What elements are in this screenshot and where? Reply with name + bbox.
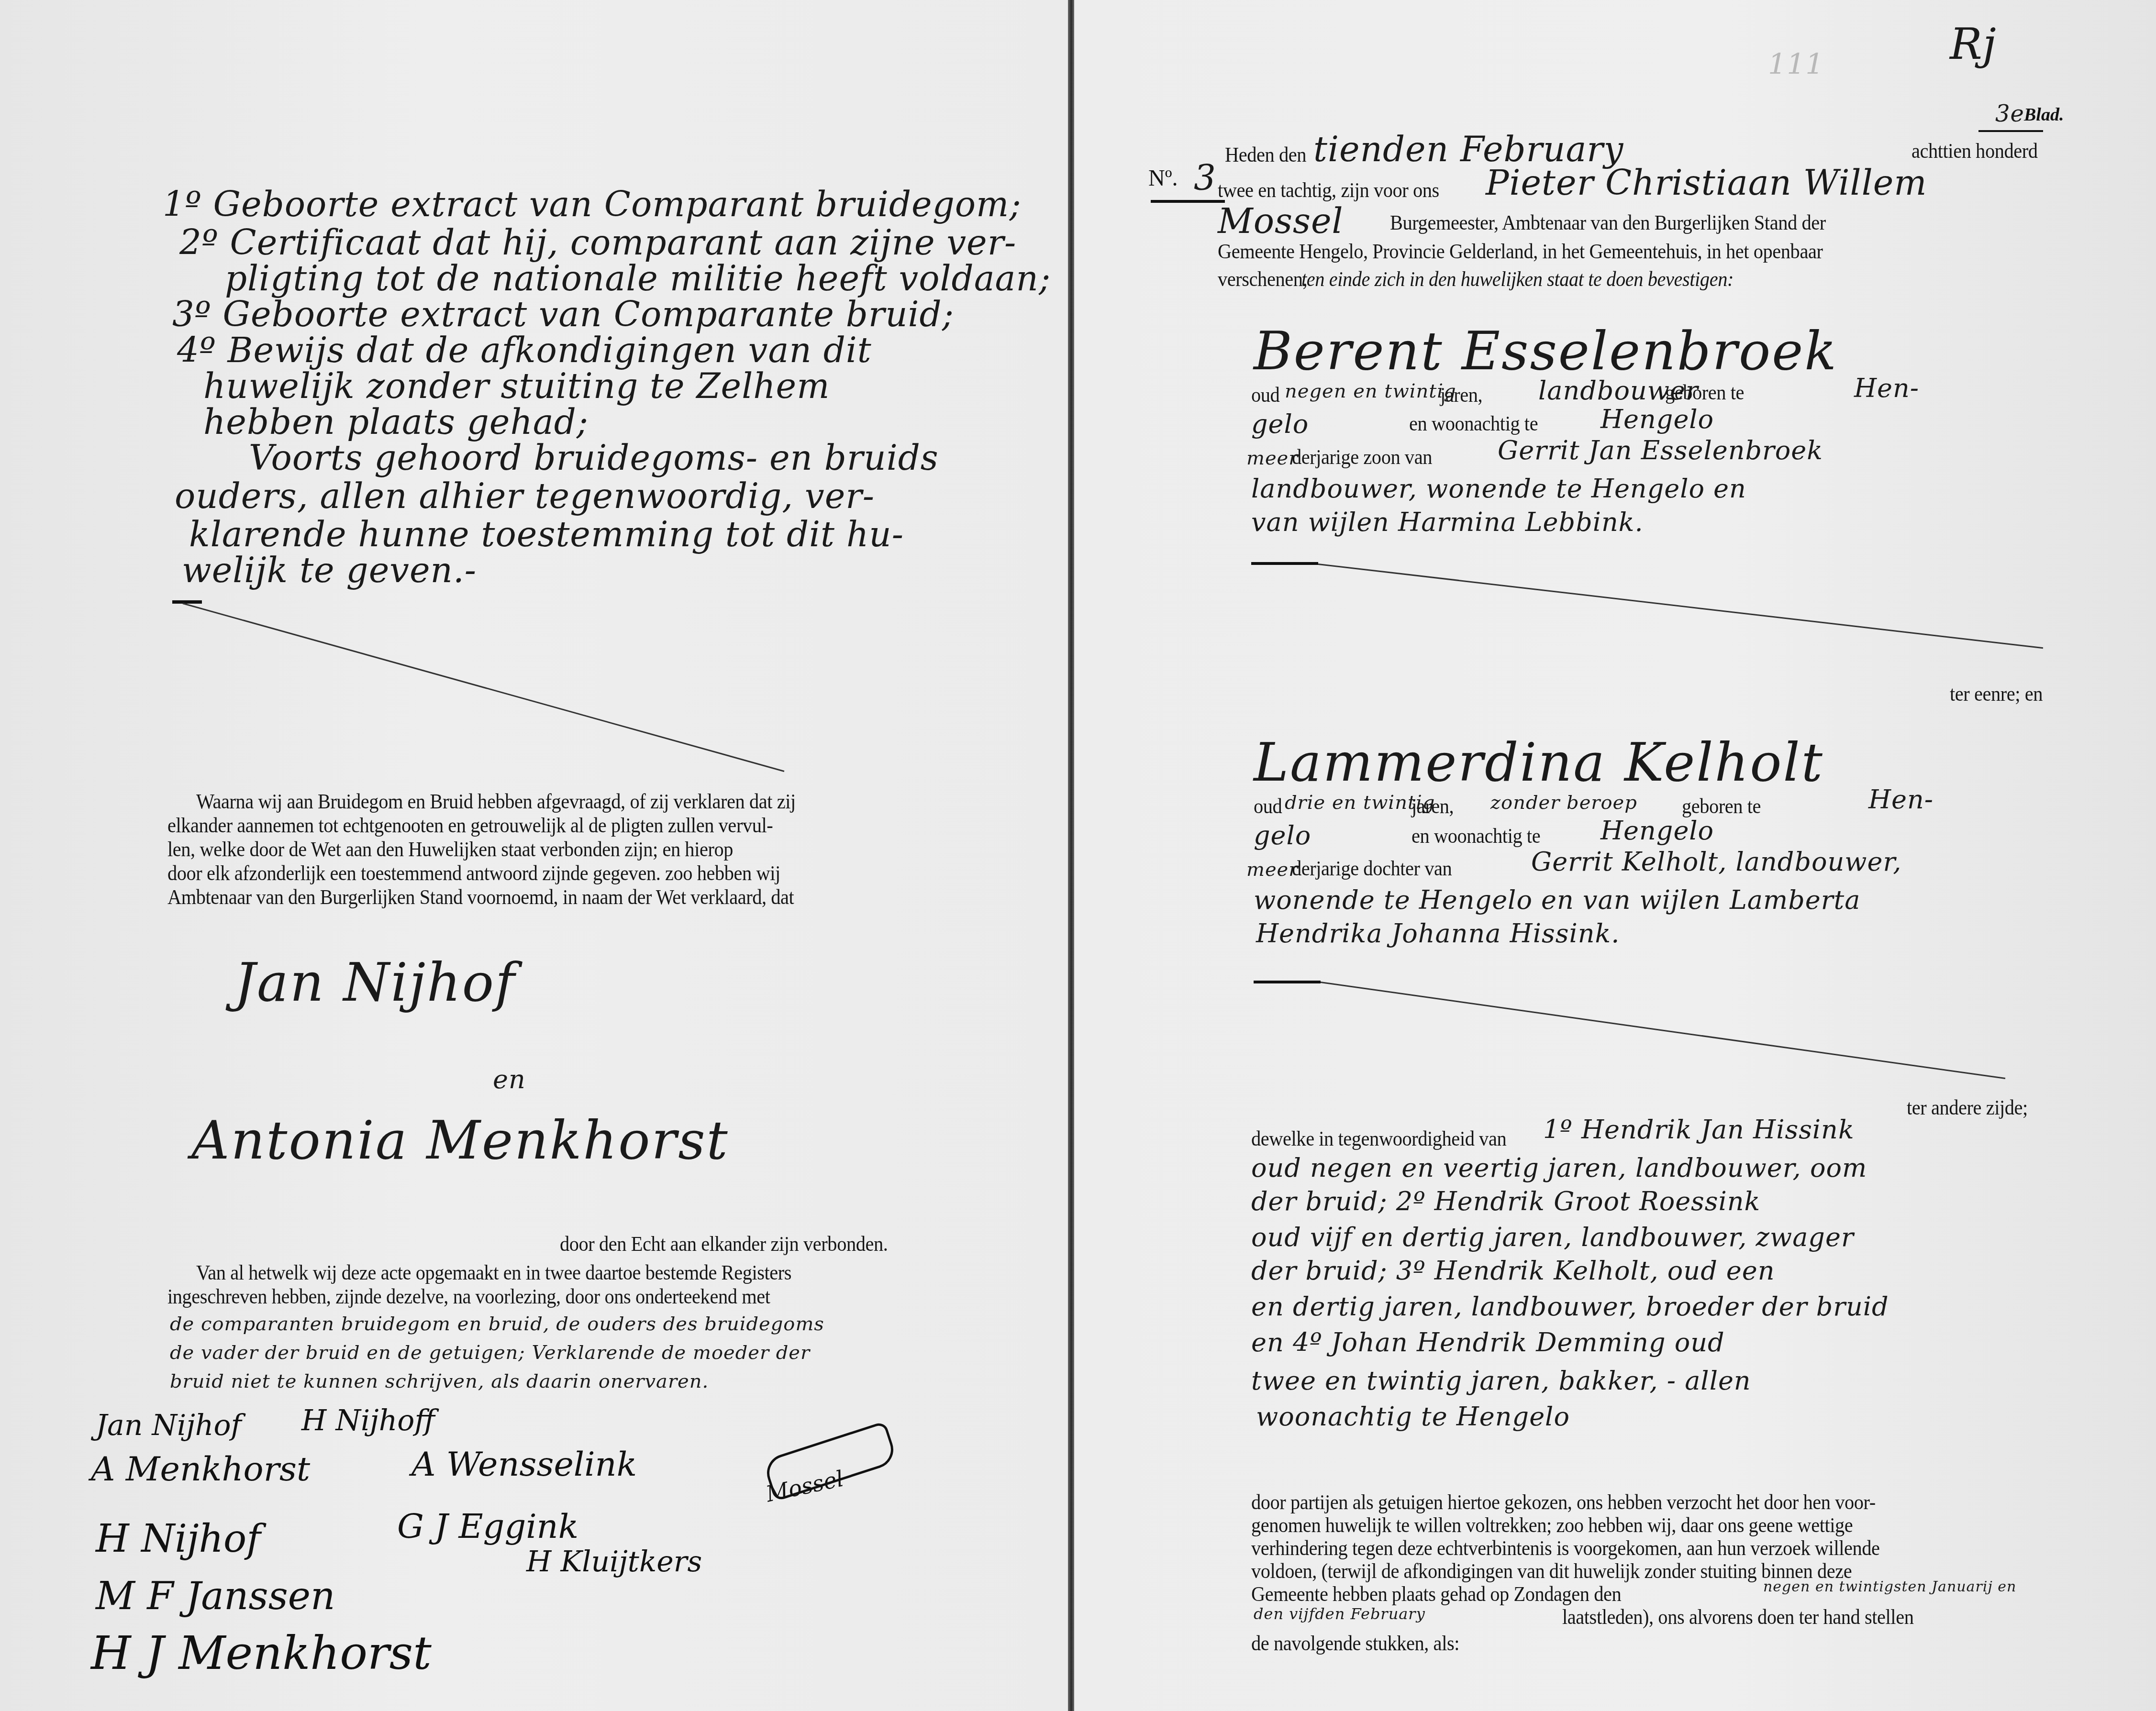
banns-date-hand: negen en twintigsten Januarij en bbox=[1763, 1579, 2016, 1595]
declaration-line: Waarna wij aan Bruidegom en Bruid hebben… bbox=[196, 789, 796, 814]
label-oud: oud bbox=[1251, 383, 1279, 407]
section-rule bbox=[172, 600, 202, 604]
closing-hand-line: de vader der bruid en de getuigen; Verkl… bbox=[170, 1342, 810, 1364]
closing-line: Van al hetwelk wij deze acte opgemaakt e… bbox=[196, 1260, 791, 1285]
document-item: 2º Certificaat dat hij, comparant aan zi… bbox=[179, 222, 1016, 263]
groom-residence: Hengelo bbox=[1600, 404, 1714, 434]
conjunction: en bbox=[493, 1064, 526, 1094]
document-item: 1º Geboorte extract van Comparant bruide… bbox=[163, 184, 1022, 224]
pencil-tally: 111 bbox=[1768, 48, 1824, 81]
left-page: 1º Geboorte extract van Comparant bruide… bbox=[0, 0, 1069, 1711]
section-rule bbox=[1254, 981, 1321, 983]
document-item: pligting tot de nationale militie heeft … bbox=[225, 258, 1051, 298]
record-number: 3 bbox=[1194, 158, 1216, 198]
declaration-line: elkander aannemen tot echtgenooten en ge… bbox=[167, 813, 773, 838]
consent-line: ouders, allen alhier tegenwoordig, ver- bbox=[175, 476, 875, 516]
bride-parents-line: wonende te Hengelo en van wijlen Lambert… bbox=[1254, 885, 1861, 915]
label-geboren: geboren te bbox=[1682, 794, 1761, 818]
document-item: 3º Geboorte extract van Comparante bruid… bbox=[172, 294, 954, 334]
label-jaren: jaren, bbox=[1440, 383, 1482, 407]
bride-occupation: zonder beroep bbox=[1490, 792, 1637, 814]
fill-line bbox=[183, 603, 785, 772]
witness-line: en dertig jaren, landbouwer, broeder der… bbox=[1251, 1292, 1889, 1322]
signature: H Nijhof bbox=[96, 1516, 261, 1561]
consent-line: klarende hunne toestemming tot dit hu- bbox=[189, 514, 904, 554]
official-name-hand: Pieter Christiaan Willem bbox=[1486, 163, 1927, 203]
pencil-mark: Rj bbox=[1950, 19, 1997, 69]
witness-line: woonachtig te Hengelo bbox=[1256, 1402, 1570, 1432]
intro-line: Gemeente Hengelo, Provincie Gelderland, … bbox=[1218, 239, 1823, 264]
label-jaren: jaren, bbox=[1411, 794, 1454, 818]
groom-name: Berent Esselenbroek bbox=[1254, 320, 1838, 382]
intro-line: twee en tachtig, zijn voor ons bbox=[1218, 178, 1439, 202]
bride-father: Gerrit Kelholt, landbouwer, bbox=[1531, 847, 1901, 877]
signature: M F Janssen bbox=[96, 1574, 335, 1618]
witness-line: 1º Hendrik Jan Hissink bbox=[1543, 1115, 1855, 1145]
witness-line: oud negen en veertig jaren, landbouwer, … bbox=[1251, 1153, 1867, 1183]
closing-hand-line: bruid niet te kunnen schrijven, als daar… bbox=[170, 1370, 709, 1392]
intro-line: verschenen, bbox=[1218, 267, 1307, 291]
groom-birthplace: Hen- bbox=[1854, 373, 1919, 403]
intro-line: Burgemeester, Ambtenaar van den Burgerli… bbox=[1390, 210, 1826, 235]
ter-eenre: ter eenre; en bbox=[1950, 682, 2043, 706]
groom-birthplace-cont: gelo bbox=[1251, 409, 1309, 439]
bride-name: Lammerdina Kelholt bbox=[1254, 732, 1824, 793]
final-line: laatstleden), ons alvorens doen ter hand… bbox=[1562, 1605, 1913, 1629]
final-line: door partijen als getuigen hiertoe gekoz… bbox=[1251, 1490, 1876, 1514]
witness-line: twee en twintig jaren, bakker, - allen bbox=[1251, 1366, 1751, 1396]
witness-line: der bruid; 2º Hendrik Groot Roessink bbox=[1251, 1186, 1760, 1216]
bride-status: derjarige dochter van bbox=[1292, 856, 1452, 881]
bride-parents-line: Hendrika Johanna Hissink. bbox=[1256, 918, 1620, 949]
groom-name: Jan Nijhof bbox=[234, 952, 516, 1013]
consent-line: Voorts gehoord bruidegoms- en bruids bbox=[249, 438, 939, 478]
signature: G J Eggink bbox=[397, 1507, 578, 1546]
book-spine bbox=[1068, 0, 1075, 1711]
banns-date-hand: den vijfden February bbox=[1254, 1605, 1425, 1623]
declaration-line: door elk afzonderlijk een toestemmend an… bbox=[167, 861, 780, 885]
label-woonachtig: en woonachtig te bbox=[1411, 824, 1540, 848]
signature: H J Menkhorst bbox=[91, 1626, 432, 1680]
bride-birthplace-cont: gelo bbox=[1254, 820, 1311, 850]
document-item: huwelijk zonder stuiting te Zelhem bbox=[203, 366, 830, 406]
witness-line: en 4º Johan Hendrik Demming oud bbox=[1251, 1327, 1725, 1358]
bride-name: Antonia Menkhorst bbox=[191, 1110, 729, 1171]
final-line: Gemeente hebben plaats gehad op Zondagen… bbox=[1251, 1582, 1621, 1606]
bride-birthplace: Hen- bbox=[1868, 784, 1934, 815]
record-number-label: Nº. bbox=[1148, 165, 1178, 191]
consent-line: welijk te geven.- bbox=[182, 550, 477, 590]
section-rule bbox=[1251, 562, 1318, 565]
groom-father: Gerrit Jan Esselenbroek bbox=[1498, 435, 1823, 465]
intro-prefix: Heden den bbox=[1225, 143, 1306, 167]
intro-italic: ten einde zich in den huwelijken staat t… bbox=[1301, 267, 1734, 291]
final-line: voldoen, (terwijl de afkondigingen van d… bbox=[1251, 1559, 1852, 1583]
groom-status: derjarige zoon van bbox=[1292, 445, 1432, 469]
fill-line bbox=[1321, 982, 2005, 1079]
official-surname-hand: Mossel bbox=[1218, 201, 1344, 241]
witness-line: der bruid; 3º Hendrik Kelholt, oud een bbox=[1251, 1256, 1775, 1286]
bride-status-hand: meer bbox=[1246, 859, 1298, 881]
record-number-rule bbox=[1151, 200, 1225, 203]
groom-parents-line: van wijlen Harmina Lebbink. bbox=[1251, 507, 1644, 537]
right-page: Rj 111 3e Blad. Nº. 3 Heden den tienden … bbox=[1074, 0, 2156, 1711]
bride-residence: Hengelo bbox=[1600, 816, 1714, 846]
document-item: 4º Bewijs dat de afkondigingen van dit bbox=[177, 330, 872, 370]
label-oud: oud bbox=[1254, 794, 1282, 818]
signature: H Kluijtkers bbox=[526, 1545, 702, 1579]
signature: Jan Nijhof bbox=[96, 1409, 242, 1442]
blad-number: 3e bbox=[1995, 100, 2024, 127]
document-item: hebben plaats gehad; bbox=[203, 402, 589, 442]
witness-line: oud vijf en dertig jaren, landbouwer, zw… bbox=[1251, 1222, 1854, 1252]
declaration-line: Ambtenaar van den Burgerlijken Stand voo… bbox=[167, 885, 794, 909]
header-rule bbox=[1978, 130, 2043, 132]
label-geboren: geboren te bbox=[1665, 380, 1744, 405]
signature: A Wensselink bbox=[411, 1445, 637, 1484]
groom-status-hand: meer bbox=[1246, 447, 1298, 469]
closing-hand-line: de comparanten bruidegom en bruid, de ou… bbox=[170, 1313, 824, 1335]
groom-parents-line: landbouwer, wonende te Hengelo en bbox=[1251, 474, 1746, 504]
bound-line: door den Echt aan elkander zijn verbonde… bbox=[560, 1232, 888, 1256]
final-line: genomen huwelijk te willen voltrekken; z… bbox=[1251, 1513, 1853, 1537]
groom-age: negen en twintig bbox=[1285, 380, 1456, 402]
signature: A Menkhorst bbox=[91, 1449, 310, 1489]
final-line: verhindering tegen deze echtverbintenis … bbox=[1251, 1536, 1880, 1560]
final-line: de navolgende stukken, als: bbox=[1251, 1631, 1459, 1656]
label-woonachtig: en woonachtig te bbox=[1409, 411, 1538, 436]
fill-line bbox=[1318, 563, 2043, 649]
intro-suffix: achttien honderd bbox=[1912, 139, 2038, 163]
closing-line: ingeschreven hebben, zijnde dezelve, na … bbox=[167, 1284, 770, 1309]
witness-prefix: dewelke in tegenwoordigheid van bbox=[1251, 1126, 1506, 1151]
ter-andere-zijde: ter andere zijde; bbox=[1907, 1095, 2028, 1120]
blad-label: Blad. bbox=[2024, 104, 2064, 125]
declaration-line: len, welke door de Wet aan den Huwelijke… bbox=[167, 837, 733, 861]
signature: H Nijhoff bbox=[301, 1404, 435, 1437]
